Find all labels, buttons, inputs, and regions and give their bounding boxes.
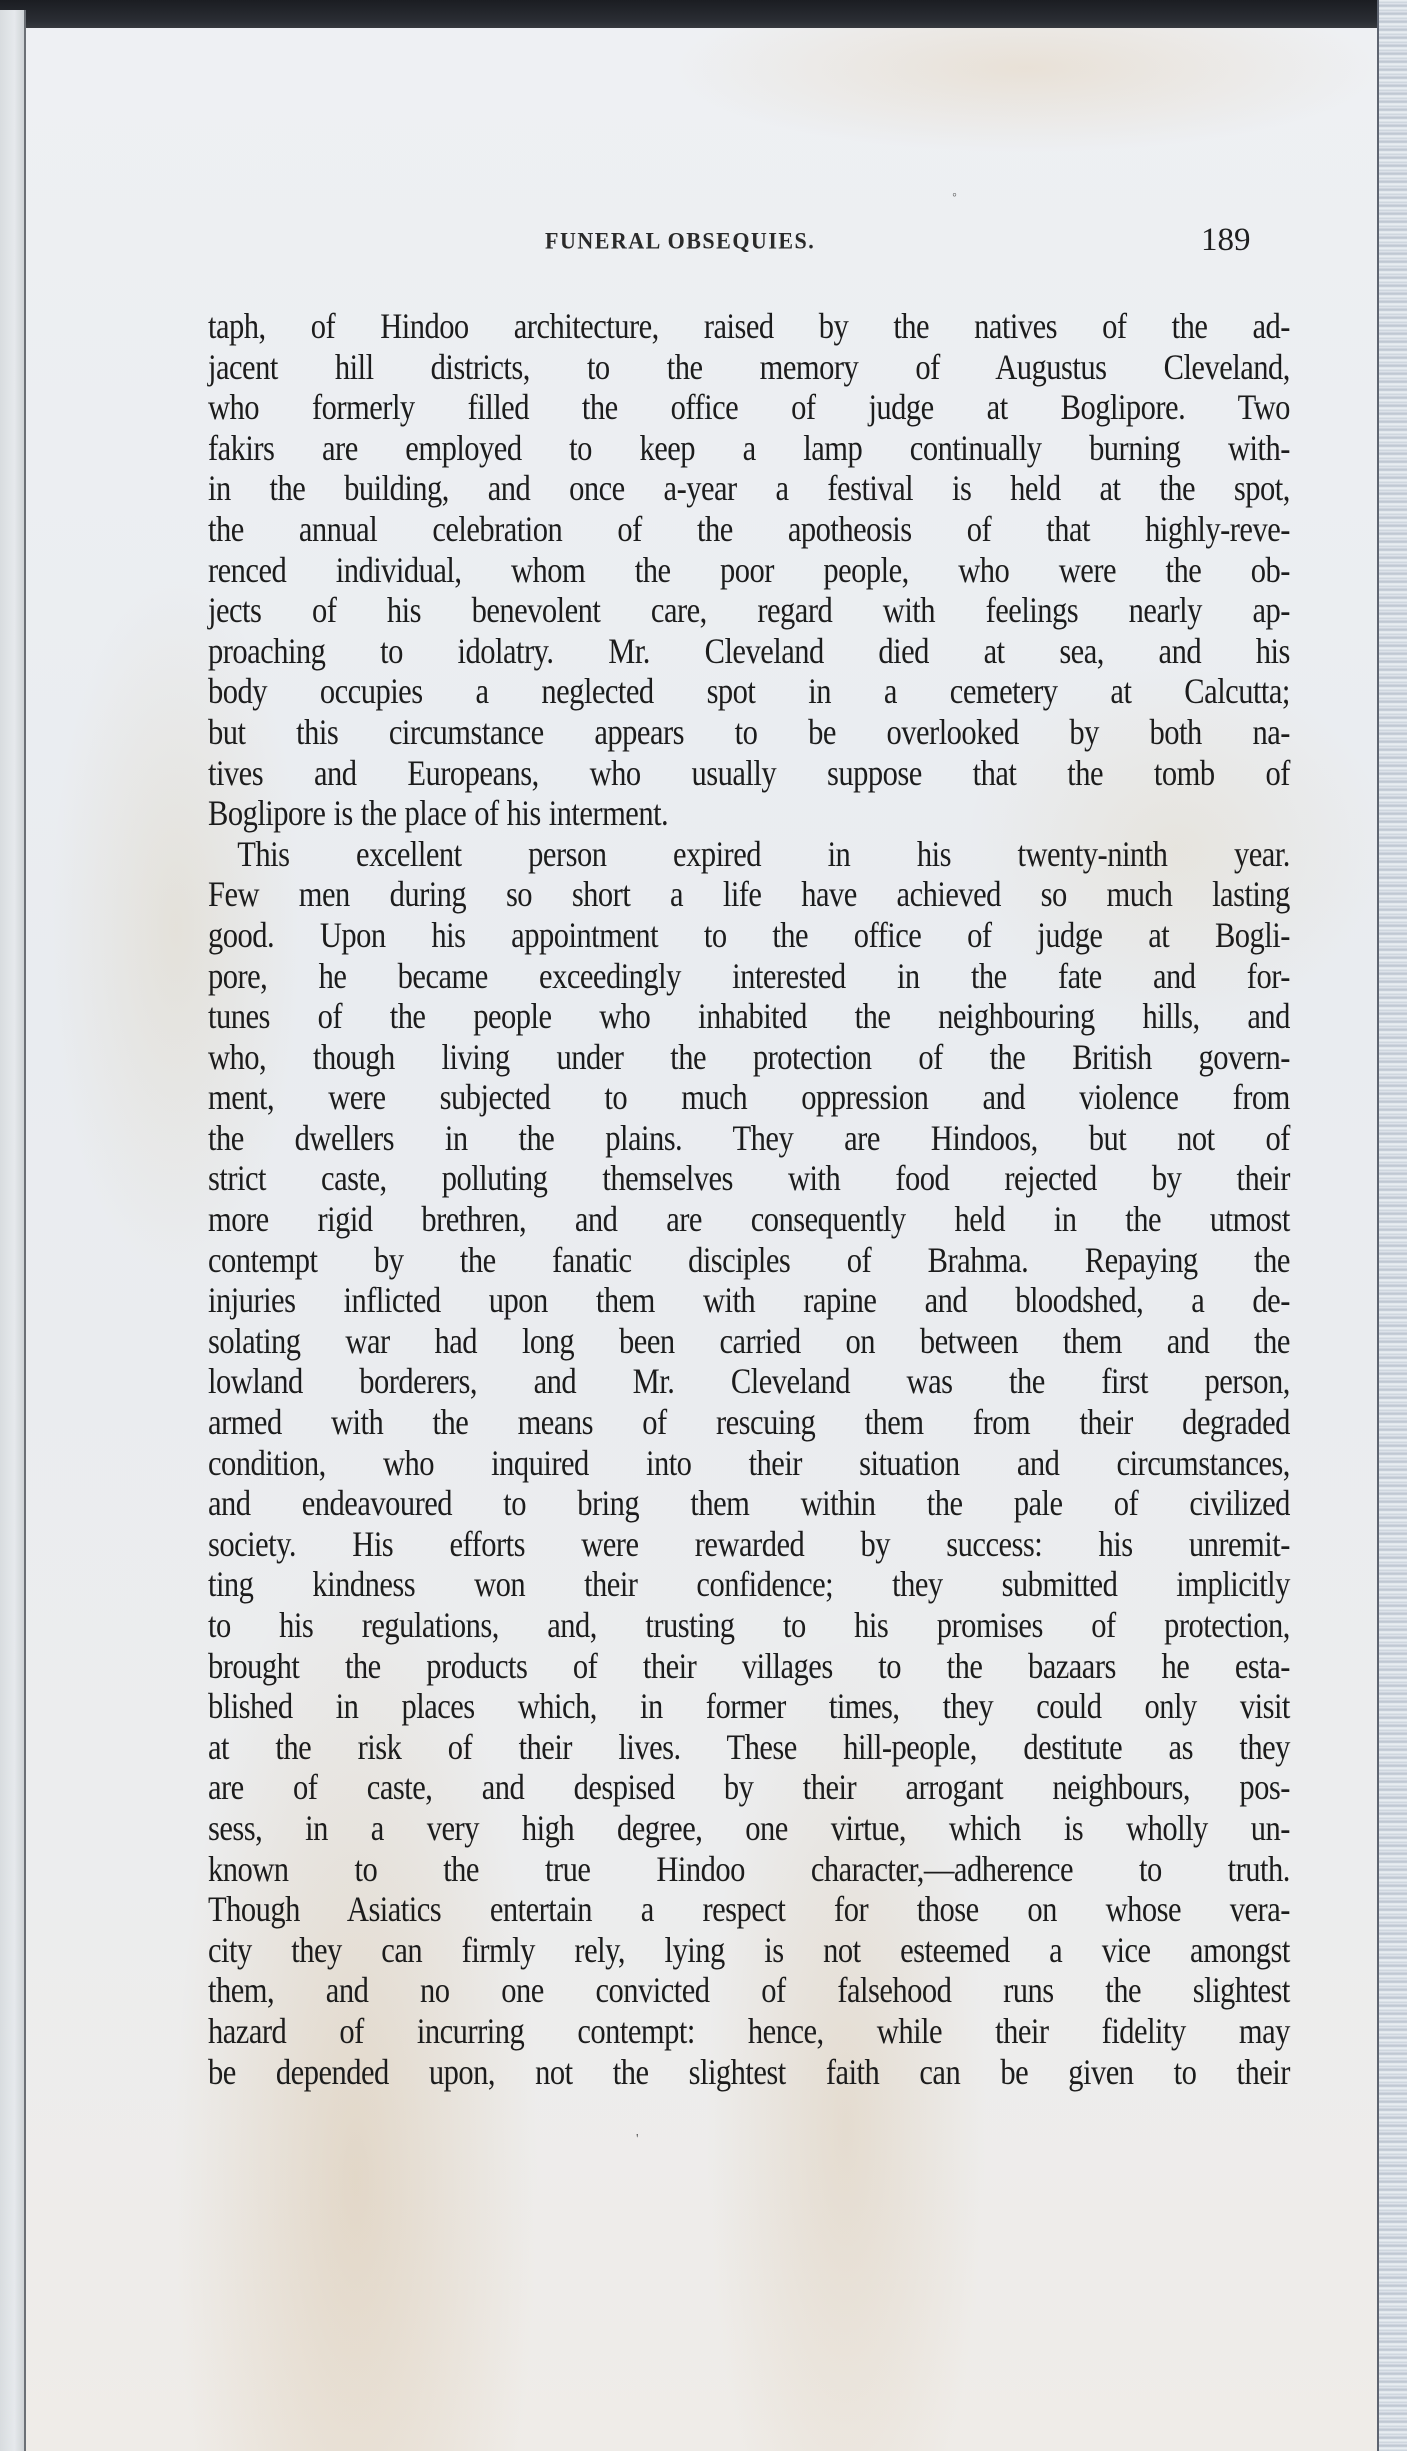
text-line: contempt by the fanatic disciples of Bra… <box>208 1240 1290 1281</box>
text-line: armed with the means of rescuing them fr… <box>208 1402 1290 1443</box>
text-line: the annual celebration of the apotheosis… <box>208 509 1290 550</box>
text-line: be depended upon, not the slightest fait… <box>208 2052 1290 2093</box>
text-line: fakirs are employed to keep a lamp conti… <box>208 428 1290 469</box>
text-line: at the risk of their lives. These hill-p… <box>208 1727 1290 1768</box>
text-line: brought the products of their villages t… <box>208 1646 1290 1687</box>
text-line: known to the true Hindoo character,—adhe… <box>208 1849 1290 1890</box>
text-line: ting kindness won their confidence; they… <box>208 1564 1290 1605</box>
text-line: jects of his benevolent care, regard wit… <box>208 590 1290 631</box>
body-text: taph, of Hindoo architecture, raised by … <box>208 306 1290 2092</box>
text-line: city they can firmly rely, lying is not … <box>208 1930 1290 1971</box>
running-header: FUNERAL OBSEQUIES. 189 <box>0 228 1407 268</box>
ink-speck: ' <box>636 2132 639 2148</box>
text-line: are of caste, and despised by their arro… <box>208 1767 1290 1808</box>
text-line: lowland borderers, and Mr. Cleveland was… <box>208 1361 1290 1402</box>
page-number: 189 <box>1201 222 1251 259</box>
text-line: This excellent person expired in his twe… <box>208 834 1290 875</box>
text-line: injuries inflicted upon them with rapine… <box>208 1280 1290 1321</box>
text-line: who formerly filled the office of judge … <box>208 387 1290 428</box>
text-line: who, though living under the protection … <box>208 1037 1290 1078</box>
text-line: and endeavoured to bring them within the… <box>208 1483 1290 1524</box>
running-title: FUNERAL OBSEQUIES. <box>545 227 815 254</box>
text-line: good. Upon his appointment to the office… <box>208 915 1290 956</box>
text-line: society. His efforts were rewarded by su… <box>208 1524 1290 1565</box>
adjacent-page-edge <box>0 10 26 2451</box>
text-line: body occupies a neglected spot in a ceme… <box>208 671 1290 712</box>
text-line: hazard of incurring contempt: hence, whi… <box>208 2011 1290 2052</box>
text-line: tives and Europeans, who usually suppose… <box>208 753 1290 794</box>
text-line: sess, in a very high degree, one virtue,… <box>208 1808 1290 1849</box>
text-line: to his regulations, and, trusting to his… <box>208 1605 1290 1646</box>
text-line: solating war had long been carried on be… <box>208 1321 1290 1362</box>
book-binding-edge <box>0 0 1407 30</box>
text-line: Boglipore is the place of his interment. <box>208 793 1290 834</box>
text-line: the dwellers in the plains. They are Hin… <box>208 1118 1290 1159</box>
text-line: strict caste, polluting themselves with … <box>208 1158 1290 1199</box>
ink-speck: ◦ <box>952 188 957 204</box>
text-line: pore, he became exceedingly interested i… <box>208 956 1290 997</box>
text-line: jacent hill districts, to the memory of … <box>208 347 1290 388</box>
text-line: ment, were subjected to much oppression … <box>208 1077 1290 1118</box>
text-line: renced individual, whom the poor people,… <box>208 550 1290 591</box>
text-line: them, and no one convicted of falsehood … <box>208 1970 1290 2011</box>
text-line: Though Asiatics entertain a respect for … <box>208 1889 1290 1930</box>
book-fore-edge <box>1377 0 1407 2451</box>
text-line: taph, of Hindoo architecture, raised by … <box>208 306 1290 347</box>
text-line: blished in places which, in former times… <box>208 1686 1290 1727</box>
text-line: in the building, and once a-year a festi… <box>208 468 1290 509</box>
text-line: more rigid brethren, and are consequentl… <box>208 1199 1290 1240</box>
text-line: Few men during so short a life have achi… <box>208 874 1290 915</box>
text-line: proaching to idolatry. Mr. Cleveland die… <box>208 631 1290 672</box>
text-line: condition, who inquired into their situa… <box>208 1443 1290 1484</box>
text-line: but this circumstance appears to be over… <box>208 712 1290 753</box>
text-line: tunes of the people who inhabited the ne… <box>208 996 1290 1037</box>
